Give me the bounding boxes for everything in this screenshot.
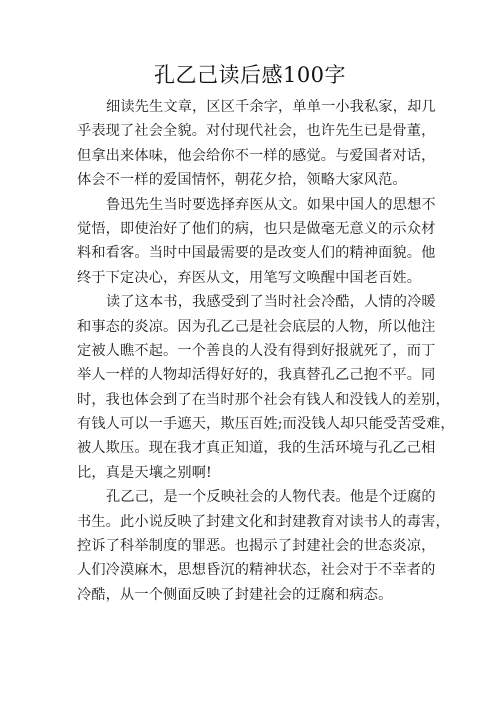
text-line: 时，我也体会到了在当时那个社会有钱人和没钱人的差别， [77,388,427,412]
text-line: 孔乙己，是一个反映社会的人物代表。他是个迂腐的 [77,485,427,509]
text-line: 觉悟，即使治好了他们的病，也只是做毫无意义的示众材 [77,217,427,241]
document-title: 孔乙己读后感100字 [0,60,500,90]
paragraph-3: 读了这本书，我感受到了当时社会冷酷，人情的冷暖 和事态的炎凉。因为孔乙己是社会底… [77,290,427,485]
text-line: 人们冷漠麻木，思想昏沉的精神状态，社会对于不幸者的 [77,558,427,582]
text-line: 有钱人可以一手遮天，欺压百姓;而没钱人却只能受苦受难， [77,412,427,436]
text-line: 举人一样的人物却活得好好的，我真替孔乙己抱不平。同 [77,363,427,387]
text-line: 体会不一样的爱国情怀，朝花夕拾，领略大家风范。 [77,168,427,192]
text-line: 冷酷，从一个侧面反映了封建社会的迂腐和病态。 [77,583,427,607]
paragraph-1: 细读先生文章，区区千余字，单单一小我私家，却几 乎表现了社会全貌。对付现代社会，… [77,95,427,193]
text-line: 被人欺压。现在我才真正知道，我的生活环境与孔乙己相 [77,436,427,460]
text-line: 比，真是天壤之别啊! [77,461,427,485]
text-line: 终于下定决心，弃医从文，用笔写文唤醒中国老百姓。 [77,266,427,290]
paragraph-4: 孔乙己，是一个反映社会的人物代表。他是个迂腐的 书生。此小说反映了封建文化和封建… [77,485,427,607]
text-line: 控诉了科举制度的罪恶。也揭示了封建社会的世态炎凉， [77,534,427,558]
text-line: 细读先生文章，区区千余字，单单一小我私家，却几 [77,95,427,119]
document-body: 细读先生文章，区区千余字，单单一小我私家，却几 乎表现了社会全貌。对付现代社会，… [77,95,427,607]
document-page: 孔乙己读后感100字 细读先生文章，区区千余字，单单一小我私家，却几 乎表现了社… [0,0,500,708]
text-line: 和事态的炎凉。因为孔乙己是社会底层的人物，所以他注 [77,315,427,339]
paragraph-2: 鲁迅先生当时要选择弃医从文。如果中国人的思想不 觉悟，即使治好了他们的病，也只是… [77,193,427,291]
text-line: 但拿出来体味，他会给你不一样的感觉。与爱国者对话， [77,144,427,168]
text-line: 鲁迅先生当时要选择弃医从文。如果中国人的思想不 [77,193,427,217]
text-line: 书生。此小说反映了封建文化和封建教育对读书人的毒害， [77,510,427,534]
text-line: 乎表现了社会全貌。对付现代社会，也许先生已是骨董， [77,119,427,143]
text-line: 定被人瞧不起。一个善良的人没有得到好报就死了，而丁 [77,339,427,363]
text-line: 料和看客。当时中国最需要的是改变人们的精神面貌。他 [77,241,427,265]
text-line: 读了这本书，我感受到了当时社会冷酷，人情的冷暖 [77,290,427,314]
